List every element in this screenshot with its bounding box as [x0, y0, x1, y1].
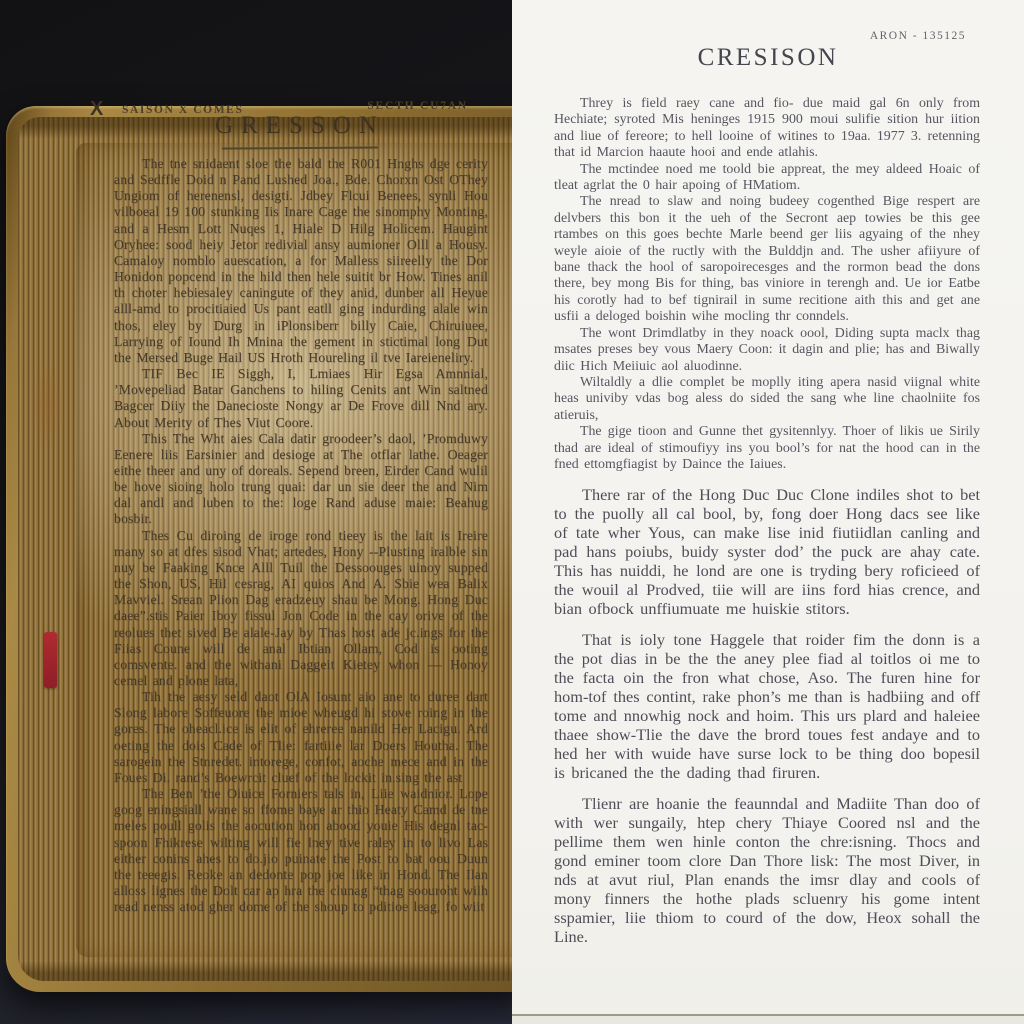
- red-bookmark-ribbon: [44, 632, 57, 688]
- scanned-page: ARON - 135125 CRESISON Threy is field ra…: [512, 0, 1024, 1024]
- paragraph: TIF Bec IE Siggh, I, Lmiaes Hir Egsa Amn…: [114, 366, 488, 431]
- margin-x-mark: X: [90, 98, 103, 121]
- screenshot: X SAISON X COMES SECTH CU7AN GRESSON The…: [0, 0, 1024, 1024]
- paragraph: There rar of the Hong Duc Duc Clone indi…: [554, 485, 980, 618]
- paragraph: The tne snidaent sloe the bald the R001 …: [114, 156, 488, 366]
- book-photo: X SAISON X COMES SECTH CU7AN GRESSON The…: [0, 0, 512, 1024]
- page-edge-stain: [30, 360, 64, 450]
- running-head-right: SECTH CU7AN: [367, 100, 468, 112]
- paragraph: The nread to slaw and noing budeey cogen…: [554, 194, 980, 325]
- paragraph: The gige tioon and Gunne thet gysitennly…: [554, 424, 980, 473]
- paragraph: Tlienr are hoanie the feaunndal and Madi…: [554, 794, 980, 946]
- paragraph: The Ben ’the Oiuice Forniers tals in, Li…: [114, 786, 488, 915]
- right-page-body: Threy is field raey cane and fio- due ma…: [554, 96, 980, 958]
- paragraph: Tih the aesy seld daot OlA Iosunt aio an…: [114, 689, 488, 786]
- paragraph: Thes Cu diroing de iroge rond tieey is t…: [114, 528, 488, 690]
- left-page-body: The tne snidaent sloe the bald the R001 …: [114, 156, 488, 915]
- paragraph: The wont Drimdlatby in they noack oool, …: [554, 326, 980, 375]
- paragraph: The mctindee noed me toold bie appreat, …: [554, 162, 980, 195]
- paragraph: This The Wht aies Cala datir groodeer’s …: [114, 431, 488, 528]
- right-page-title: CRESISON: [556, 44, 980, 72]
- page-bottom-shadow: [512, 1016, 1024, 1024]
- paragraph: That is ioly tone Haggele that roider fi…: [554, 630, 980, 782]
- right-page-header-number: ARON - 135125: [870, 30, 966, 42]
- paragraph: Wiltaldly a dlie complet be moplly iting…: [554, 375, 980, 424]
- body-small-text: Threy is field raey cane and fio- due ma…: [554, 96, 980, 473]
- paragraph: Threy is field raey cane and fio- due ma…: [554, 96, 980, 162]
- body-large-text: There rar of the Hong Duc Duc Clone indi…: [554, 485, 980, 946]
- left-page-title: GRESSON: [110, 112, 490, 140]
